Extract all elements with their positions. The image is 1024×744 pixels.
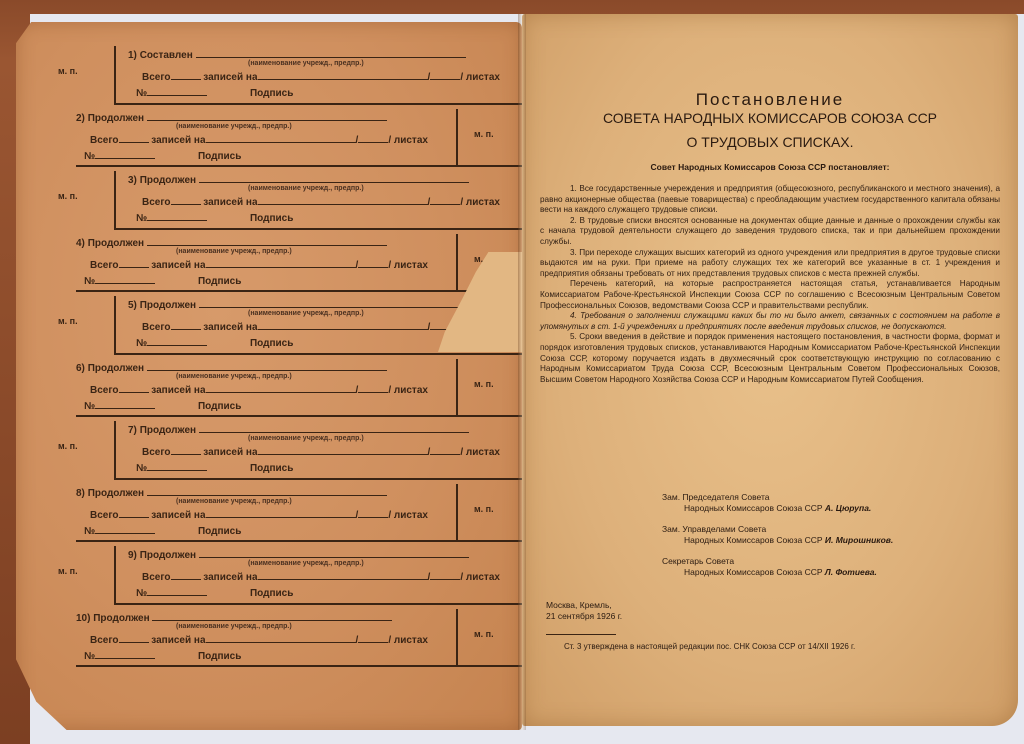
entry-action: Продолжен (88, 113, 144, 124)
signature-label: Подпись (198, 526, 241, 537)
total-label: Всего (90, 135, 119, 146)
records-label: записей на (203, 197, 257, 208)
signature-label: Подпись (250, 213, 293, 224)
entry-fields: 1) Составлен (наименование учрежд., пред… (128, 48, 508, 102)
number-field[interactable] (147, 461, 207, 471)
paragraph-5: 5. Сроки введения в действие и порядок п… (540, 332, 1000, 385)
stamp-placeholder: м. п. (58, 191, 78, 201)
signatory-title: Секретарь Совета (662, 556, 877, 567)
total-field[interactable] (119, 383, 149, 393)
records-label: записей на (151, 385, 205, 396)
signatory-org: Народных Комиссаров Союза ССР (684, 503, 823, 513)
form-entry-row: м. п. 8) Продолжен (наименование учрежд.… (16, 480, 522, 542)
signatory-org: Народных Комиссаров Союза ССР (684, 567, 823, 577)
entry-action: Продолжен (140, 175, 196, 186)
divider (546, 634, 616, 635)
form-entry-row: м. п. 9) Продолжен (наименование учрежд.… (16, 542, 522, 604)
entry-action: Продолжен (93, 613, 149, 624)
institution-field[interactable] (147, 236, 387, 246)
entry-action: Продолжен (140, 425, 196, 436)
institution-field[interactable] (152, 611, 392, 621)
institution-field[interactable] (147, 111, 387, 121)
entry-number: 6) (76, 363, 85, 374)
decree-issuer: СОВЕТА НАРОДНЫХ КОМИССАРОВ СОЮЗА ССР (522, 110, 1018, 126)
sheets-label: листах (466, 572, 500, 583)
number-label: № (84, 651, 95, 662)
date: 21 сентября 1926 г. (546, 611, 622, 622)
entry-action: Составлен (140, 50, 193, 61)
number-label: № (136, 338, 147, 349)
sheets-label: листах (394, 260, 428, 271)
records-label: записей на (203, 72, 257, 83)
stamp-placeholder: м. п. (58, 316, 78, 326)
records-label: записей на (203, 447, 257, 458)
records-label: записей на (151, 510, 205, 521)
stamp-placeholder: м. п. (474, 629, 494, 639)
stamp-divider (456, 484, 458, 543)
signature-label: Подпись (198, 651, 241, 662)
field-hint: (наименование учрежд., предпр.) (248, 60, 364, 67)
number-field[interactable] (147, 336, 207, 346)
form-entry-row: м. п. 2) Продолжен (наименование учрежд.… (16, 105, 522, 167)
stamp-placeholder: м. п. (58, 441, 78, 451)
records-field[interactable] (258, 195, 428, 205)
institution-field[interactable] (196, 48, 466, 58)
paragraph-3: 3. При переходе служащих высших категори… (540, 248, 1000, 280)
signatory-name: А. Цюрупа. (825, 503, 871, 513)
signatory-org: Народных Комиссаров Союза ССР (684, 535, 823, 545)
stamp-divider (456, 234, 458, 293)
number-label: № (136, 213, 147, 224)
sheets-label: листах (466, 197, 500, 208)
records-field[interactable] (206, 133, 356, 143)
stamp-divider (114, 171, 116, 230)
entry-fields: 4) Продолжен (наименование учрежд., пред… (76, 236, 448, 290)
form-entry-row: м. п. 4) Продолжен (наименование учрежд.… (16, 230, 522, 292)
total-label: Всего (90, 385, 119, 396)
total-label: Всего (142, 322, 171, 333)
total-field[interactable] (119, 508, 149, 518)
stamp-placeholder: м. п. (474, 129, 494, 139)
stamp-divider (114, 296, 116, 355)
sheets-field[interactable] (430, 445, 460, 455)
total-label: Всего (142, 447, 171, 458)
signature-block: Секретарь Совета Народных Комиссаров Сою… (662, 556, 877, 578)
records-field[interactable] (258, 445, 428, 455)
signature-label: Подпись (250, 588, 293, 599)
institution-field[interactable] (199, 173, 469, 183)
signature-block: Зам. Управделами Совета Народных Комисса… (662, 524, 893, 546)
entry-fields: 3) Продолжен (наименование учрежд., пред… (128, 173, 508, 227)
number-field[interactable] (95, 649, 155, 659)
records-label: записей на (203, 322, 257, 333)
total-field[interactable] (171, 445, 201, 455)
place-date: Москва, Кремль, 21 сентября 1926 г. (546, 600, 622, 622)
number-label: № (136, 88, 147, 99)
field-hint: (наименование учрежд., предпр.) (176, 248, 292, 255)
stamp-placeholder: м. п. (58, 66, 78, 76)
stamp-divider (114, 421, 116, 480)
sheets-label: листах (394, 635, 428, 646)
records-field[interactable] (258, 70, 428, 80)
sheets-label: листах (466, 447, 500, 458)
field-hint: (наименование учрежд., предпр.) (176, 498, 292, 505)
entry-fields: 9) Продолжен (наименование учрежд., пред… (128, 548, 508, 602)
entry-number: 9) (128, 550, 137, 561)
form-entry-row: м. п. 6) Продолжен (наименование учрежд.… (16, 355, 522, 417)
place: Москва, Кремль, (546, 600, 622, 611)
decree-subject: О ТРУДОВЫХ СПИСКАХ. (522, 134, 1018, 150)
stamp-divider (114, 46, 116, 105)
total-field[interactable] (171, 570, 201, 580)
number-field[interactable] (95, 399, 155, 409)
entry-action: Продолжен (88, 238, 144, 249)
form-entry-row: м. п. 7) Продолжен (наименование учрежд.… (16, 417, 522, 479)
number-label: № (84, 151, 95, 162)
signatory-name: И. Мирошников. (825, 535, 893, 545)
total-field[interactable] (171, 70, 201, 80)
entry-fields: 8) Продолжен (наименование учрежд., пред… (76, 486, 448, 540)
paragraph-4: 4. Требования о заполнении служащими как… (540, 311, 1000, 332)
sheets-label: листах (394, 385, 428, 396)
entry-action: Продолжен (140, 550, 196, 561)
sheets-label: листах (394, 135, 428, 146)
sheets-field[interactable] (358, 133, 388, 143)
number-label: № (84, 526, 95, 537)
records-field[interactable] (258, 570, 428, 580)
decree-title: Постановление (522, 90, 1018, 110)
entry-number: 5) (128, 300, 137, 311)
signature-label: Подпись (198, 151, 241, 162)
entry-action: Продолжен (88, 363, 144, 374)
stamp-divider (114, 546, 116, 605)
sheets-field[interactable] (358, 508, 388, 518)
institution-field[interactable] (147, 486, 387, 496)
signature-label: Подпись (198, 401, 241, 412)
entry-number: 2) (76, 113, 85, 124)
institution-field[interactable] (147, 361, 387, 371)
sheets-label: листах (466, 72, 500, 83)
entry-number: 8) (76, 488, 85, 499)
entry-fields: 7) Продолжен (наименование учрежд., пред… (128, 423, 508, 477)
signatory-title: Зам. Управделами Совета (662, 524, 893, 535)
footnote: Ст. 3 утверждена в настоящей редакции по… (564, 642, 855, 651)
number-field[interactable] (95, 274, 155, 284)
total-label: Всего (90, 260, 119, 271)
field-hint: (наименование учрежд., предпр.) (176, 623, 292, 630)
sheets-field[interactable] (358, 258, 388, 268)
sheets-label: листах (394, 510, 428, 521)
signature-label: Подпись (250, 88, 293, 99)
total-label: Всего (142, 572, 171, 583)
sheets-field[interactable] (358, 633, 388, 643)
center-fold (518, 14, 526, 730)
entry-fields: 2) Продолжен (наименование учрежд., пред… (76, 111, 448, 165)
number-label: № (136, 588, 147, 599)
sheets-field[interactable] (430, 195, 460, 205)
stamp-placeholder: м. п. (474, 504, 494, 514)
field-hint: (наименование учрежд., предпр.) (248, 310, 364, 317)
institution-field[interactable] (199, 298, 469, 308)
sheets-field[interactable] (358, 383, 388, 393)
total-label: Всего (90, 635, 119, 646)
field-hint: (наименование учрежд., предпр.) (248, 560, 364, 567)
records-label: записей на (151, 260, 205, 271)
signatory-name: Л. Фотиева. (825, 567, 877, 577)
sheets-field[interactable] (430, 70, 460, 80)
total-label: Всего (142, 72, 171, 83)
signature-block: Зам. Председателя Совета Народных Комисс… (662, 492, 871, 514)
number-field[interactable] (147, 586, 207, 596)
decree-page: Постановление СОВЕТА НАРОДНЫХ КОМИССАРОВ… (522, 14, 1018, 726)
number-label: № (136, 463, 147, 474)
records-label: записей на (203, 572, 257, 583)
signature-label: Подпись (250, 338, 293, 349)
number-label: № (84, 401, 95, 412)
entry-fields: 6) Продолжен (наименование учрежд., пред… (76, 361, 448, 415)
entry-number: 1) (128, 50, 137, 61)
decree-preamble: Совет Народных Комиссаров Союза ССР пост… (522, 162, 1018, 172)
number-field[interactable] (147, 86, 207, 96)
total-label: Всего (142, 197, 171, 208)
entry-number: 4) (76, 238, 85, 249)
total-field[interactable] (171, 320, 201, 330)
field-hint: (наименование учрежд., предпр.) (176, 373, 292, 380)
number-field[interactable] (95, 524, 155, 534)
field-hint: (наименование учрежд., предпр.) (248, 435, 364, 442)
records-field[interactable] (206, 258, 356, 268)
field-hint: (наименование учрежд., предпр.) (176, 123, 292, 130)
form-entry-row: м. п. 10) Продолжен (наименование учрежд… (16, 605, 522, 667)
records-field[interactable] (206, 633, 356, 643)
paragraph-3-note: Перечень категорий, на которые распростр… (540, 279, 1000, 311)
entry-action: Продолжен (88, 488, 144, 499)
form-page: м. п. 1) Составлен (наименование учрежд.… (16, 22, 522, 730)
entry-number: 10) (76, 613, 90, 624)
paragraph-2: 2. В трудовые списки вносятся основанные… (540, 216, 1000, 248)
number-label: № (84, 276, 95, 287)
entry-fields: 10) Продолжен (наименование учрежд., пре… (76, 611, 448, 665)
stamp-divider (456, 609, 458, 668)
records-label: записей на (151, 135, 205, 146)
total-field[interactable] (171, 195, 201, 205)
signature-label: Подпись (198, 276, 241, 287)
stamp-divider (456, 359, 458, 418)
sheets-field[interactable] (430, 570, 460, 580)
stamp-divider (456, 109, 458, 168)
paragraph-1: 1. Все государственные учереждения и пре… (540, 184, 1000, 216)
total-field[interactable] (119, 133, 149, 143)
records-field[interactable] (258, 320, 428, 330)
records-field[interactable] (206, 508, 356, 518)
decree-body: 1. Все государственные учереждения и пре… (540, 184, 1000, 385)
total-label: Всего (90, 510, 119, 521)
records-label: записей на (151, 635, 205, 646)
institution-field[interactable] (199, 548, 469, 558)
signature-label: Подпись (250, 463, 293, 474)
total-field[interactable] (119, 258, 149, 268)
entry-number: 3) (128, 175, 137, 186)
entry-action: Продолжен (140, 300, 196, 311)
form-entry-row: м. п. 1) Составлен (наименование учрежд.… (16, 42, 522, 104)
number-field[interactable] (147, 211, 207, 221)
stamp-placeholder: м. п. (58, 566, 78, 576)
stamp-placeholder: м. п. (474, 379, 494, 389)
records-field[interactable] (206, 383, 356, 393)
total-field[interactable] (119, 633, 149, 643)
institution-field[interactable] (199, 423, 469, 433)
field-hint: (наименование учрежд., предпр.) (248, 185, 364, 192)
entry-number: 7) (128, 425, 137, 436)
form-entry-row: м. п. 3) Продолжен (наименование учрежд.… (16, 167, 522, 229)
signatory-title: Зам. Председателя Совета (662, 492, 871, 503)
number-field[interactable] (95, 149, 155, 159)
